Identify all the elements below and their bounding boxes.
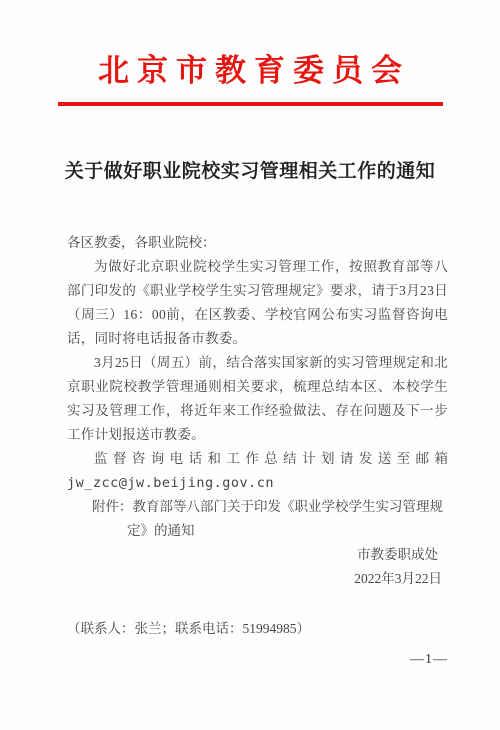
red-divider-rule — [58, 102, 443, 106]
attachment-reference-line-1: 附件：教育部等八部门关于印发《职业学校学生实习管理规 — [92, 495, 448, 519]
document-title: 关于做好职业院校实习管理相关工作的通知 — [0, 156, 500, 183]
agency-header: 北京市教育委员会 — [0, 0, 500, 89]
document-page: 北京市教育委员会 关于做好职业院校实习管理相关工作的通知 各区教委，各职业院校：… — [0, 0, 500, 730]
contact-info: （联系人：张兰；联系电话：51994985） — [67, 617, 448, 641]
paragraph-internship-hotline: 为做好北京职业院校学生实习管理工作，按照教育部等八部门印发的《职业学校学生实习管… — [67, 255, 448, 351]
issuing-department: 市教委职成处 — [67, 543, 448, 567]
email-address: jw_zcc@jw.beijing.gov.cn — [67, 471, 448, 495]
email-submission-notice: 监督咨询电话和工作总结计划请发送至邮箱 — [67, 447, 448, 471]
document-body: 各区教委，各职业院校： 为做好北京职业院校学生实习管理工作，按照教育部等八部门印… — [67, 231, 448, 641]
salutation: 各区教委，各职业院校： — [67, 231, 448, 255]
attachment-reference-line-2: 定》的通知 — [127, 519, 448, 543]
paragraph-work-summary: 3月25日（周五）前，结合落实国家新的实习管理规定和北京职业院校教学管理通则相关… — [67, 351, 448, 447]
issue-date: 2022年3月22日 — [67, 567, 448, 591]
page-number: —1— — [410, 652, 448, 668]
